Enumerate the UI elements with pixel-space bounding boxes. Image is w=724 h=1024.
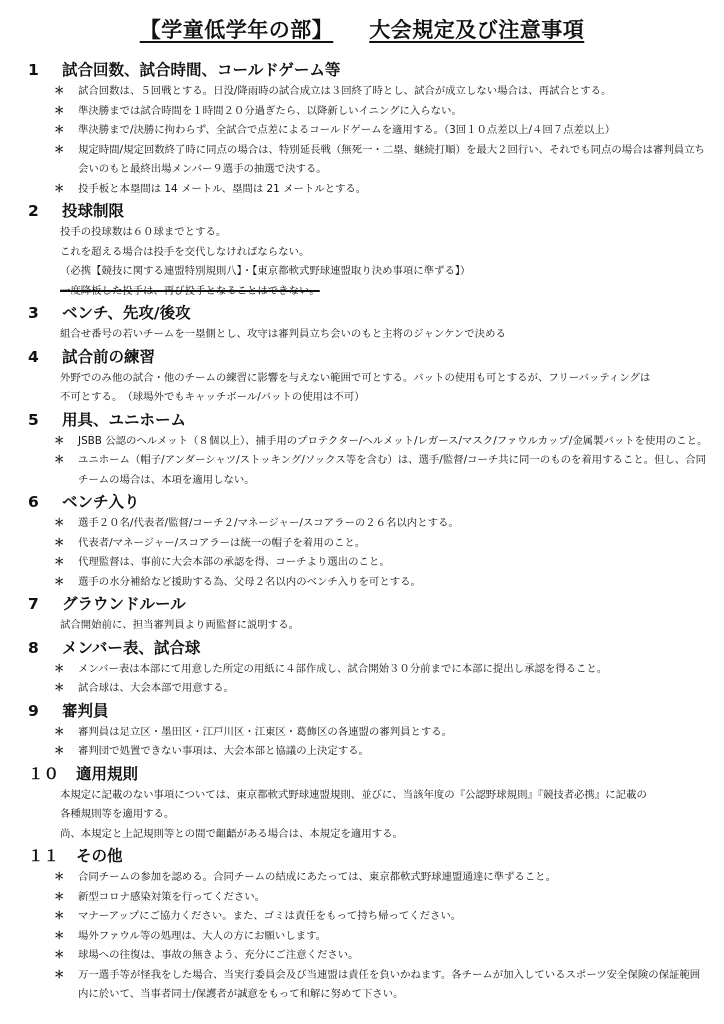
document-body: 1 試合回数、試合時間、コールドゲーム等 ＊試合回数は、５回戦とする。日没/降雨… [28, 58, 708, 1005]
asterisk-bullet-icon: ＊ [54, 432, 64, 452]
paragraph: （必携【競技に関する連盟特別規則八】・【東京都軟式野球連盟取り決め事項に準ずる】… [60, 262, 708, 282]
paragraph: 尚、本規定と上記規則等との間で齟齬がある場合は、本規定を適用する。 [60, 825, 708, 845]
section-heading: 3 ベンチ、先攻/後攻 [28, 301, 708, 325]
section-number: 5 [28, 408, 62, 432]
list-item: ＊代理監督は、事前に大会本部の承認を得、コーチより選出のこと。 [54, 553, 708, 573]
section-paragraphs: 組合せ番号の若いチームを一塁側とし、攻守は審判員立ち会いのもと主将のジャンケンで… [28, 325, 708, 345]
section-11: １１ その他 ＊合同チームの参加を認める。合同チームの結成にあたっては、東京都軟… [28, 844, 708, 1005]
section-heading: 1 試合回数、試合時間、コールドゲーム等 [28, 58, 708, 82]
asterisk-bullet-icon: ＊ [54, 102, 64, 122]
list-item: ＊新型コロナ感染対策を行ってください。 [54, 888, 708, 908]
section-number: １１ [28, 844, 76, 868]
section-heading: 5 用具、ユニホーム [28, 408, 708, 432]
list-item: ＊マナーアップにご協力ください。また、ゴミは責任をもって持ち帰ってください。 [54, 907, 708, 927]
list-item: ＊場外ファウル等の処理は、大人の方にお願いします。 [54, 927, 708, 947]
section-paragraphs: 投手の投球数は６０球までとする。 これを超える場合は投手を交代しなければならない… [28, 223, 708, 301]
asterisk-bullet-icon: ＊ [54, 888, 64, 908]
section-title: 審判員 [62, 699, 109, 723]
list-item: ＊審判団で処置できない事項は、大会本部と協議の上決定する。 [54, 742, 708, 762]
section-number: 4 [28, 345, 62, 369]
asterisk-bullet-icon: ＊ [54, 141, 64, 161]
section-number: 7 [28, 592, 62, 616]
asterisk-bullet-icon: ＊ [54, 723, 64, 743]
section-paragraphs: 外野でのみ他の試合・他のチームの練習に影響を与えない範囲で可とする。バットの使用… [28, 369, 708, 408]
paragraph: 本規定に記載のない事項については、東京都軟式野球連盟規則、並びに、当該年度の『公… [60, 786, 708, 806]
list-item: ＊球場への往復は、事故の無きよう、充分にご注意ください。 [54, 946, 708, 966]
asterisk-bullet-icon: ＊ [54, 679, 64, 699]
section-9: 9 審判員 ＊審判員は足立区・墨田区・江戸川区・江東区・葛飾区の各連盟の審判員と… [28, 699, 708, 762]
section-3: 3 ベンチ、先攻/後攻 組合せ番号の若いチームを一塁側とし、攻守は審判員立ち会い… [28, 301, 708, 345]
section-title: ベンチ、先攻/後攻 [62, 301, 191, 325]
list-item: ＊JSBB 公認のヘルメット（８個以上）、捕手用のプロテクター/ヘルメット/レガ… [54, 432, 708, 452]
section-5: 5 用具、ユニホーム ＊JSBB 公認のヘルメット（８個以上）、捕手用のプロテク… [28, 408, 708, 491]
section-2: 2 投球制限 投手の投球数は６０球までとする。 これを超える場合は投手を交代しな… [28, 199, 708, 301]
list-item: ＊投手板と本塁間は 14 メートル、塁間は 21 メートルとする。 [54, 180, 708, 200]
asterisk-bullet-icon: ＊ [54, 927, 64, 947]
section-heading: １１ その他 [28, 844, 708, 868]
list-item: ＊準決勝まで/決勝に拘わらず、全試合で点差によるコールドゲームを適用する。（3回… [54, 121, 708, 141]
asterisk-bullet-icon: ＊ [54, 573, 64, 593]
document-title: 【学童低学年の部】大会規定及び注意事項 [0, 14, 724, 44]
section-heading: 7 グラウンドルール [28, 592, 708, 616]
list-item: ＊選手２０名/代表者/監督/コーチ２/マネージャー/スコアラーの２６名以内とする… [54, 514, 708, 534]
section-paragraphs: 本規定に記載のない事項については、東京都軟式野球連盟規則、並びに、当該年度の『公… [28, 786, 708, 845]
list-item: ＊選手の水分補給など援助する為、父母２名以内のベンチ入りを可とする。 [54, 573, 708, 593]
section-title: ベンチ入り [62, 490, 140, 514]
paragraph: 試合開始前に、担当審判員より両監督に説明する。 [60, 616, 708, 636]
title-part-rules: 大会規定及び注意事項 [369, 18, 584, 42]
asterisk-bullet-icon: ＊ [54, 742, 64, 762]
paragraph: 各種規則等を適用する。 [60, 805, 708, 825]
list-item: ＊ユニホーム（帽子/アンダーシャツ/ストッキング/ソックス等を含む）は、選手/監… [54, 451, 708, 490]
section-10: １０ 適用規則 本規定に記載のない事項については、東京都軟式野球連盟規則、並びに… [28, 762, 708, 845]
section-paragraphs: 試合開始前に、担当審判員より両監督に説明する。 [28, 616, 708, 636]
section-title: グラウンドルール [62, 592, 186, 616]
asterisk-bullet-icon: ＊ [54, 660, 64, 680]
bullet-list: ＊審判員は足立区・墨田区・江戸川区・江東区・葛飾区の各連盟の審判員とする。 ＊審… [28, 723, 708, 762]
section-title: 試合回数、試合時間、コールドゲーム等 [62, 58, 340, 82]
bullet-list: ＊合同チームの参加を認める。合同チームの結成にあたっては、東京都軟式野球連盟通達… [28, 868, 708, 1005]
section-title: 適用規則 [76, 762, 138, 786]
list-item: ＊試合球は、大会本部で用意する。 [54, 679, 708, 699]
section-4: 4 試合前の練習 外野でのみ他の試合・他のチームの練習に影響を与えない範囲で可と… [28, 345, 708, 408]
section-number: 1 [28, 58, 62, 82]
bullet-list: ＊試合回数は、５回戦とする。日没/降雨時の試合成立は３回終了時とし、試合が成立し… [28, 82, 708, 199]
asterisk-bullet-icon: ＊ [54, 121, 64, 141]
section-heading: 8 メンバー表、試合球 [28, 636, 708, 660]
struck-paragraph: 一度降板した投手は、再び投手となることはできない。 [60, 282, 708, 302]
section-title: 用具、ユニホーム [62, 408, 186, 432]
section-heading: 4 試合前の練習 [28, 345, 708, 369]
list-item: ＊試合回数は、５回戦とする。日没/降雨時の試合成立は３回終了時とし、試合が成立し… [54, 82, 708, 102]
list-item: ＊準決勝までは試合時間を１時間２０分過ぎたら、以降新しいイニングに入らない。 [54, 102, 708, 122]
section-heading: 2 投球制限 [28, 199, 708, 223]
asterisk-bullet-icon: ＊ [54, 868, 64, 888]
asterisk-bullet-icon: ＊ [54, 907, 64, 927]
section-heading: 6 ベンチ入り [28, 490, 708, 514]
section-7: 7 グラウンドルール 試合開始前に、担当審判員より両監督に説明する。 [28, 592, 708, 636]
section-title: 投球制限 [62, 199, 124, 223]
asterisk-bullet-icon: ＊ [54, 534, 64, 554]
section-title: 試合前の練習 [62, 345, 155, 369]
section-6: 6 ベンチ入り ＊選手２０名/代表者/監督/コーチ２/マネージャー/スコアラーの… [28, 490, 708, 592]
asterisk-bullet-icon: ＊ [54, 180, 64, 200]
section-number: １０ [28, 762, 76, 786]
list-item: ＊メンバー表は本部にて用意した所定の用紙に４部作成し、試合開始３０分前までに本部… [54, 660, 708, 680]
bullet-list: ＊JSBB 公認のヘルメット（８個以上）、捕手用のプロテクター/ヘルメット/レガ… [28, 432, 708, 491]
bullet-list: ＊選手２０名/代表者/監督/コーチ２/マネージャー/スコアラーの２６名以内とする… [28, 514, 708, 592]
asterisk-bullet-icon: ＊ [54, 553, 64, 573]
section-title: メンバー表、試合球 [62, 636, 200, 660]
list-item: ＊合同チームの参加を認める。合同チームの結成にあたっては、東京都軟式野球連盟通達… [54, 868, 708, 888]
section-number: 2 [28, 199, 62, 223]
title-part-division: 【学童低学年の部】 [140, 18, 334, 42]
paragraph: 不可とする。 （球場外でもキャッチボール/バットの使用は不可） [60, 388, 708, 408]
list-item: ＊代表者/マネージャー/スコアラーは統一の帽子を着用のこと。 [54, 534, 708, 554]
asterisk-bullet-icon: ＊ [54, 514, 64, 534]
section-title: その他 [76, 844, 123, 868]
asterisk-bullet-icon: ＊ [54, 966, 64, 986]
paragraph: これを超える場合は投手を交代しなければならない。 [60, 243, 708, 263]
section-heading: 9 審判員 [28, 699, 708, 723]
asterisk-bullet-icon: ＊ [54, 451, 64, 471]
section-8: 8 メンバー表、試合球 ＊メンバー表は本部にて用意した所定の用紙に４部作成し、試… [28, 636, 708, 699]
section-heading: １０ 適用規則 [28, 762, 708, 786]
section-number: 3 [28, 301, 62, 325]
paragraph: 外野でのみ他の試合・他のチームの練習に影響を与えない範囲で可とする。バットの使用… [60, 369, 708, 389]
paragraph: 組合せ番号の若いチームを一塁側とし、攻守は審判員立ち会いのもと主将のジャンケンで… [60, 325, 708, 345]
section-number: 9 [28, 699, 62, 723]
asterisk-bullet-icon: ＊ [54, 946, 64, 966]
list-item: ＊万一選手等が怪我をした場合、当実行委員会及び当連盟は責任を負いかねます。各チー… [54, 966, 708, 1005]
section-number: 8 [28, 636, 62, 660]
paragraph: 投手の投球数は６０球までとする。 [60, 223, 708, 243]
bullet-list: ＊メンバー表は本部にて用意した所定の用紙に４部作成し、試合開始３０分前までに本部… [28, 660, 708, 699]
section-number: 6 [28, 490, 62, 514]
section-1: 1 試合回数、試合時間、コールドゲーム等 ＊試合回数は、５回戦とする。日没/降雨… [28, 58, 708, 199]
list-item: ＊審判員は足立区・墨田区・江戸川区・江東区・葛飾区の各連盟の審判員とする。 [54, 723, 708, 743]
asterisk-bullet-icon: ＊ [54, 82, 64, 102]
list-item: ＊規定時間/規定回数終了時に同点の場合は、特別延長戦（無死一・二塁、継続打順）を… [54, 141, 708, 180]
